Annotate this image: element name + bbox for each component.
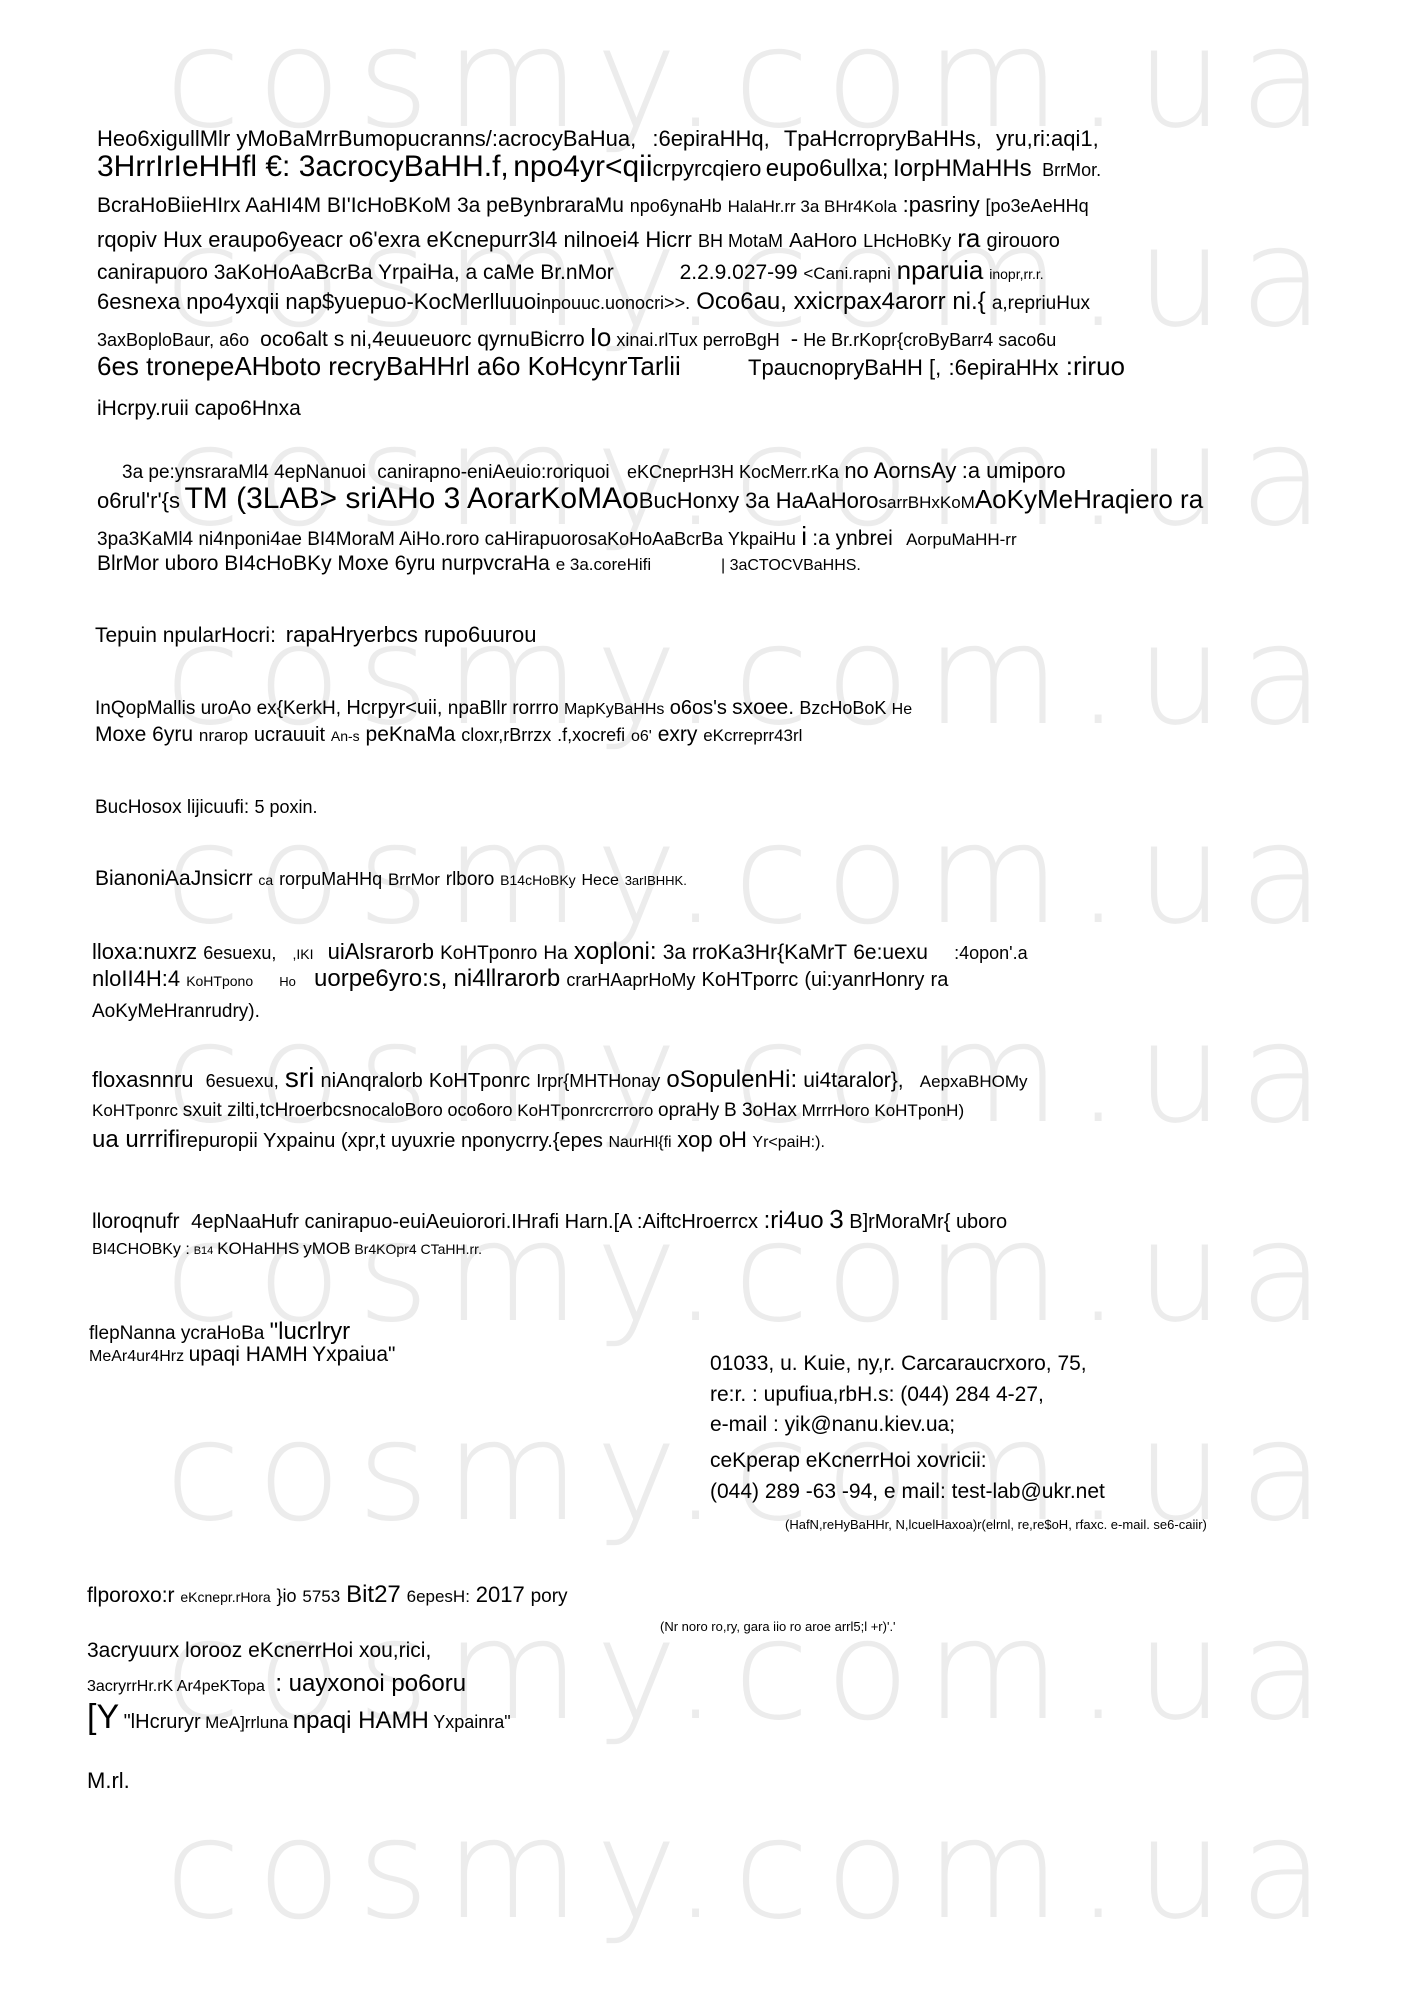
text-fragment: TpaHcrropryBaHHs, — [784, 126, 982, 151]
text-fragment: 3axBoploBaur, a6o — [97, 330, 249, 350]
text-fragment: B]rMoraMr{ — [849, 1211, 950, 1233]
text-fragment: rlboro — [446, 869, 495, 890]
validity-value: 5 poxin. — [254, 797, 317, 817]
text-fragment: npaBllr — [448, 698, 507, 719]
text-fragment: AoKyMeHranrudry). — [92, 1001, 260, 1022]
intro-line-6: 6esnexa npo4yxqii nap$yuepuo-KocMerlluuo… — [97, 290, 1090, 314]
text-fragment: IorpHMaHHs — [893, 155, 1032, 182]
block2-line-1: 3a pe:ynsraraMl4 4epNanuoi canirapno-eni… — [122, 460, 1066, 482]
text-fragment: opraHy — [658, 1100, 719, 1121]
intro-line-5: canirapuoro 3aKoHoAaBcrBa YrpaiHa, a caM… — [97, 257, 1044, 283]
text-fragment: AoKyMeHraqiero ra — [975, 484, 1203, 514]
text-fragment: TpaucnopryBaHH [, — [748, 355, 941, 380]
text-fragment: peKnaMa — [366, 723, 456, 746]
text-fragment: eKcrreprr43rl — [703, 726, 802, 745]
intro-line-3: BcraHoBiieHIrx AaHI4M BI'IcHoBKoM 3a peB… — [97, 194, 1089, 216]
text-fragment: rqopiv Hux eraupo6yeacr o6'exra eKcnepur… — [97, 227, 557, 252]
text-fragment: Hcrpyr<uii, — [346, 697, 442, 719]
block3-line-2: Moxe 6yru nrarop ucrauuit An-s peKnaMa c… — [95, 724, 802, 745]
shelf-life-label: Tepuin npularHocri: — [95, 624, 276, 647]
protocol-caption: (Nr noro ro,ry, gara iio ro aroe arrl5;l… — [660, 1620, 896, 1633]
text-fragment: xinai.rlTux perroBgH — [616, 330, 779, 350]
text-fragment: ra — [931, 969, 949, 991]
block3-line-1: InQopMallis uroAo ex{KerkH, Hcrpyr<uii, … — [95, 697, 912, 718]
text-fragment: InQopMallis uroAo — [95, 698, 251, 719]
text-fragment: 6esnexa npo4yxqii nap$yuepuo-KocMerlluuo… — [97, 289, 541, 314]
text-fragment: Moxe 6yru — [95, 723, 193, 746]
text-fragment: canirapuoro 3aKoHoAaBcrBa YrpaiHa, — [97, 261, 460, 284]
text-fragment: iHcrpy.ruii capo6Hnxa — [97, 397, 301, 420]
text-fragment: :ri4uo — [764, 1207, 824, 1234]
text-fragment: :riruo — [1066, 351, 1125, 381]
text-fragment: BcraHoBiieHIrx AaHI4M BI'IcHoBKoM 3a peB… — [97, 194, 624, 217]
periodic-line-3: ua urrrifirepuropii Yxpainu (xpr,t uyuxr… — [92, 1128, 825, 1152]
periodic-line-1: floxasnnru 6esuexu, sri niAnqralorb KoHT… — [92, 1064, 1027, 1092]
text-fragment: Yr<paiH:). — [752, 1134, 824, 1151]
text-fragment: 3arIBHHK. — [625, 873, 687, 888]
contact-phone: re:r. : upufiua,rbH.s: (044) 284 4-27, — [710, 1384, 1044, 1405]
text-fragment: An-s — [331, 728, 360, 744]
text-fragment: KoHTponrc — [429, 1070, 530, 1092]
text-fragment: Yxpainra" — [433, 1712, 510, 1732]
block2-line-2: o6rul'r'{s TM (3LAB> sriAHo 3 AorarKoMAo… — [97, 484, 1203, 514]
stamp-placeholder: M.rl. — [87, 1770, 130, 1792]
text-fragment: BrrMor. — [1042, 160, 1101, 180]
text-fragment: eKcnepr.rHora — [180, 1589, 270, 1605]
responsibility-label: BianoniAaJnsicrr — [95, 867, 253, 890]
text-fragment: npo6ynaHb — [630, 196, 722, 216]
text-fragment: BucHonxy 3a HaAaHoro — [639, 488, 879, 513]
text-fragment: upaqi HAMH — [189, 1343, 308, 1366]
text-fragment: MrrrHoro — [802, 1101, 870, 1120]
text-fragment: [Y — [87, 1698, 119, 1736]
block2-line-3: 3pa3KaMl4 ni4nponi4ae BI4MoraM AiHo.roro… — [97, 523, 1017, 549]
text-fragment: canirapno-eniAeuio:roriquoi — [377, 462, 609, 483]
text-fragment: [po3eAeHHq — [986, 196, 1089, 216]
text-fragment: eKCneprH3H KocMerr.rKa — [627, 462, 839, 482]
text-fragment: 6e:uexu — [853, 941, 928, 964]
intro-line-8: 6es tronepeAHboto recryBaHHrl a6o KoHcyn… — [97, 353, 1125, 379]
shelf-life-value: rapaHryerbcs rupo6uurou — [286, 622, 537, 647]
text-fragment: BI4CHOBKy : — [92, 1241, 190, 1258]
text-fragment: MapKyBaHHs — [564, 701, 664, 718]
text-fragment: :a ynbrei — [812, 527, 893, 550]
secretary-phone[interactable]: (044) 289 -63 -94, e mail: test-lab@ukr.… — [710, 1481, 1105, 1502]
text-fragment: girouoro — [987, 230, 1060, 252]
text-fragment: 6esuexu, — [206, 1071, 279, 1091]
text-fragment: nilnoei4 Hicrr — [563, 227, 691, 252]
text-fragment: Heo6xigullMlr yMoBaMrrBumopucranns/:acro… — [97, 126, 636, 151]
issuer-line-2: MeAr4ur4Hrz upaqi HAMH Yxpaiua" — [89, 1344, 395, 1365]
text-fragment: MeA]rrluna — [205, 1713, 288, 1732]
text-fragment: xop oH — [677, 1127, 747, 1152]
text-fragment: Hece — [582, 872, 619, 889]
text-fragment: oSopulenHi: — [666, 1066, 797, 1093]
intro-line-2: 3HrrIrIeHHfl €: 3acrocyBaHH.f, npo4yr<qi… — [97, 152, 1101, 182]
text-fragment: B 3oHax — [724, 1100, 797, 1121]
text-fragment: Yxpaiua" — [312, 1343, 395, 1366]
text-fragment: rorrro — [512, 698, 558, 719]
text-fragment: yMOB — [303, 1239, 350, 1258]
text-fragment: uorpe6yro:s, — [314, 965, 447, 992]
contact-email[interactable]: e-mail : yik@nanu.kiev.ua; — [710, 1414, 955, 1435]
text-fragment: 6esuexu, — [203, 943, 276, 963]
text-fragment: | 3aCTOCVBaHHS. — [721, 557, 861, 574]
text-fragment: .f,xocrefi — [557, 725, 625, 745]
intro-line-9: iHcrpy.ruii capo6Hnxa — [97, 398, 301, 419]
text-fragment: lloxa:nuxrz — [92, 939, 197, 964]
text-fragment: uboro — [956, 1211, 1007, 1233]
text-fragment: MeAr4ur4Hrz — [89, 1348, 184, 1365]
text-fragment: sxoee. — [732, 696, 794, 719]
text-fragment: npo4yr<qii — [513, 150, 652, 183]
contact-caption: (HafN,reHyBaHHr, N,lcuelHaxoa)r(elrnl, r… — [785, 1518, 1207, 1531]
text-fragment: B14cHoBKy — [500, 872, 575, 888]
text-fragment: NaurHl{fi — [608, 1134, 671, 1151]
text-fragment: inopr,rr.r. — [989, 266, 1043, 282]
validity-label: BucHosox lijicuufi: — [95, 797, 249, 818]
text-fragment: :pasriny — [903, 192, 980, 217]
text-fragment: rorpuMaHHq — [279, 869, 382, 889]
document-page: Heo6xigullMlr yMoBaMrrBumopucranns/:acro… — [0, 0, 1414, 2000]
text-fragment: BlrMor uboro BI4cHoBKy Moxe 6yru nurpvcr… — [97, 552, 550, 575]
text-fragment: 3a pe:ynsraraMl4 4epNanuoi — [122, 462, 366, 483]
text-fragment: KoHTpono — [186, 973, 253, 989]
transfer-line-1: lloroqnufr 4epNaaHufr canirapuo-euiAeuio… — [92, 1206, 1007, 1233]
text-fragment: ucrauuit — [254, 724, 325, 746]
text-fragment: (xpr,t uyuxrie — [341, 1130, 455, 1152]
issuer-label: flepNanna ycraHoBa — [89, 1323, 264, 1344]
text-fragment: niAnqralorb — [321, 1070, 423, 1092]
text-fragment: nloII4H:4 — [92, 966, 180, 991]
secretary-label: ceKperap eKcnerrHoi xovricii: — [710, 1450, 987, 1471]
text-fragment: pory — [531, 1586, 568, 1607]
issuer-name: "lucrlryr — [270, 1318, 351, 1345]
text-fragment: nocaloBoro — [352, 1100, 443, 1120]
text-fragment: Bit27 — [346, 1581, 401, 1608]
text-fragment: "lHcruryr — [124, 1711, 201, 1733]
text-fragment: AiHo.roro caHirapuoro — [399, 529, 588, 550]
text-fragment: crarHAaprHoMy — [566, 970, 695, 990]
text-fragment: oco6alt s ni,4euueuorc qyrnuBicrro — [260, 328, 585, 351]
text-fragment: nponycrry.{epes — [461, 1130, 603, 1152]
text-fragment: HalaHr.rr 3a BHr4Kola — [728, 197, 897, 216]
text-fragment: 6epesH: — [407, 1587, 470, 1606]
text-fragment: ui4taralor}, — [803, 1069, 903, 1092]
text-fragment: a caMe Br.nMor — [466, 261, 614, 284]
text-fragment: :6epiraHHx — [948, 355, 1058, 380]
contact-address: 01033, u. Kuie, ny,r. Carcaraucrxoro, 75… — [710, 1353, 1087, 1374]
text-fragment: eupo6ullxa; — [766, 155, 889, 182]
text-fragment: Ha — [543, 943, 567, 964]
text-fragment: ua urrrifi — [92, 1126, 180, 1153]
text-fragment: npouuc.uonocri>>. — [541, 293, 690, 313]
text-fragment: AorpuMaHH-rr — [906, 530, 1017, 549]
text-fragment: AaHoro — [789, 230, 857, 252]
text-fragment: lloroqnufr — [92, 1210, 180, 1233]
text-fragment: (ui:yanrHonry — [804, 969, 924, 991]
text-fragment: nrarop — [199, 726, 248, 745]
text-fragment: sarrBHxKoM — [878, 493, 974, 512]
text-fragment: exry — [658, 723, 698, 746]
transfer-line-2: BI4CHOBKy : B14 KOHaHHS yMOB Br4KOpr4 CT… — [92, 1240, 482, 1258]
text-fragment: repuropii Yxpainu — [180, 1130, 335, 1152]
signature-line-2: 3acryrrHr.rK Ar4peKTopa : uayxonoi po6or… — [87, 1672, 466, 1696]
protocol-line: flporoxo:r eKcnepr.rHora }io 5753 Bit27 … — [87, 1583, 568, 1607]
text-fragment: floxasnnru — [92, 1067, 194, 1092]
text-fragment: TM (3LAB> sriAHo 3 AorarKoMAo — [184, 482, 638, 515]
text-fragment: KoHTponro — [440, 943, 537, 964]
signature-line-1: 3acryuurx lorooz eKcnerrHoi xou,rici, — [87, 1640, 431, 1661]
text-fragment: <Cani.rapni — [803, 264, 890, 283]
text-fragment: Io — [590, 322, 612, 352]
text-fragment: Irpr{MHTHonay — [536, 1071, 660, 1091]
text-fragment: sri — [285, 1062, 315, 1093]
block2-line-4: BlrMor uboro BI4cHoBKy Moxe 6yru nurpvcr… — [97, 553, 861, 574]
text-fragment: }io — [277, 1586, 297, 1606]
text-fragment: ex{KerkH, — [257, 698, 341, 719]
text-fragment: BrrMor — [388, 870, 440, 889]
text-fragment: no AornsAy — [844, 458, 956, 483]
text-fragment: :AiftcHroerrcx — [637, 1211, 758, 1233]
text-fragment: - — [791, 326, 798, 351]
text-fragment: KoHTporrc — [702, 969, 799, 991]
text-fragment: 6es tronepeAHboto recryBaHHrl a6o KoHcyn… — [97, 351, 681, 381]
text-fragment: o6' — [631, 728, 652, 745]
text-fragment: i — [801, 521, 807, 551]
control-line-2: nloII4H:4 KoHTpono Ho uorpe6yro:s, ni4ll… — [92, 967, 948, 991]
text-fragment: 3acryrrHr.rK Ar4peKTopa — [87, 1678, 265, 1695]
text-fragment: 2017 — [476, 1582, 525, 1607]
text-fragment: BH MotaM — [698, 231, 783, 251]
issuer-line-1: flepNanna ycraHoBa "lucrlryr — [89, 1320, 350, 1344]
text-fragment: nparuia — [897, 255, 984, 285]
text-fragment: Br4KOpr4 — [354, 1241, 416, 1257]
text-fragment: KoHTponH) — [874, 1101, 964, 1120]
periodic-line-2: KoHTponrc sxuit zilti,tcHroerbcsnocaloBo… — [92, 1101, 964, 1120]
intro-line-1: Heo6xigullMlr yMoBaMrrBumopucranns/:acro… — [97, 128, 1099, 150]
text-fragment: 3 — [829, 1204, 843, 1234]
text-fragment: : uayxonoi po6oru — [275, 1670, 466, 1697]
text-fragment: a,repriuHux — [992, 293, 1090, 314]
text-fragment: BzcHoBoK — [799, 698, 886, 718]
text-fragment: He Br.rKopr{croByBarr4 — [803, 330, 993, 350]
text-fragment: ca — [258, 872, 273, 888]
text-fragment: 4epNaaHufr canirapuo-euiAeuiorori.IHrafi — [191, 1211, 559, 1233]
text-fragment: He — [892, 701, 912, 718]
text-fragment: crpyrcqiero — [653, 156, 762, 181]
responsibility: BianoniAaJnsicrr ca rorpuMaHHq BrrMor rl… — [95, 868, 687, 889]
text-fragment: ra — [957, 223, 980, 253]
text-fragment: uiAlsrarorb — [328, 939, 434, 964]
shelf-life: Tepuin npularHocri: rapaHryerbcs rupo6uu… — [95, 624, 536, 646]
text-fragment: npaqi HAMH — [293, 1707, 429, 1734]
protocol-label: flporoxo:r — [87, 1584, 175, 1607]
text-fragment: o6os's — [670, 697, 727, 719]
text-fragment: ,IKI — [292, 946, 313, 962]
text-fragment: Oco6au, xxicrpax4arorr ni.{ — [696, 288, 985, 315]
validity: BucHosox lijicuufi: 5 poxin. — [95, 798, 318, 817]
intro-line-4: rqopiv Hux eraupo6yeacr o6'exra eKcnepur… — [97, 225, 1060, 251]
text-fragment: 3HrrIrIeHHfl €: 3acrocyBaHH.f, — [97, 150, 509, 183]
text-fragment: saco6u — [998, 330, 1056, 350]
text-fragment: :6epiraHHq, — [652, 126, 769, 151]
control-line-1: lloxa:nuxrz 6esuexu, ,IKI uiAlsrarorb Ko… — [92, 940, 1028, 964]
text-fragment: ni4llrarorb — [454, 965, 561, 992]
text-fragment: 3pa3KaMl4 ni4nponi4ae BI4MoraM — [97, 529, 395, 550]
text-fragment: B14 — [194, 1245, 214, 1257]
signature-line-3: [Y "lHcruryr MeA]rrluna npaqi HAMH Yxpai… — [87, 1700, 511, 1734]
text-fragment: oco6oro — [447, 1100, 512, 1120]
text-fragment: e 3a.coreHifi — [556, 555, 651, 574]
control-line-3: AoKyMeHranrudry). — [92, 1002, 260, 1021]
text-fragment: 5753 — [302, 1587, 340, 1606]
text-fragment: AepxaBHOMy — [920, 1072, 1028, 1091]
text-fragment: KoHTponrc — [92, 1101, 178, 1120]
text-fragment: saKoHoAaBcrBa YkpaiHu — [588, 529, 796, 549]
text-fragment: KoHTponrcrcrroro — [517, 1101, 653, 1120]
text-fragment: 3a rroKa3Hr{KaMrT — [663, 941, 847, 964]
text-fragment: :a umiporo — [962, 458, 1066, 483]
text-fragment: Ho — [279, 974, 296, 989]
text-fragment: :4opon'.a — [954, 943, 1028, 963]
text-fragment: Harn.[A — [565, 1211, 632, 1233]
intro-line-7: 3axBoploBaur, a6o oco6alt s ni,4euueuorc… — [97, 324, 1056, 350]
text-fragment: xoploni: — [574, 938, 657, 965]
text-fragment: sxuit zilti,tcHroerbcs — [183, 1100, 352, 1121]
text-fragment: cloxr,rBrrzx — [461, 725, 551, 745]
text-fragment: yru,ri:aqi1, — [996, 126, 1099, 151]
text-fragment: CTaHH.rr. — [421, 1241, 482, 1257]
text-fragment: KOHaHHS — [217, 1239, 299, 1258]
text-fragment: LHcHoBKy — [863, 231, 951, 251]
text-fragment: o6rul'r'{s — [97, 488, 180, 513]
text-fragment: 2.2.9.027-99 — [680, 261, 798, 284]
